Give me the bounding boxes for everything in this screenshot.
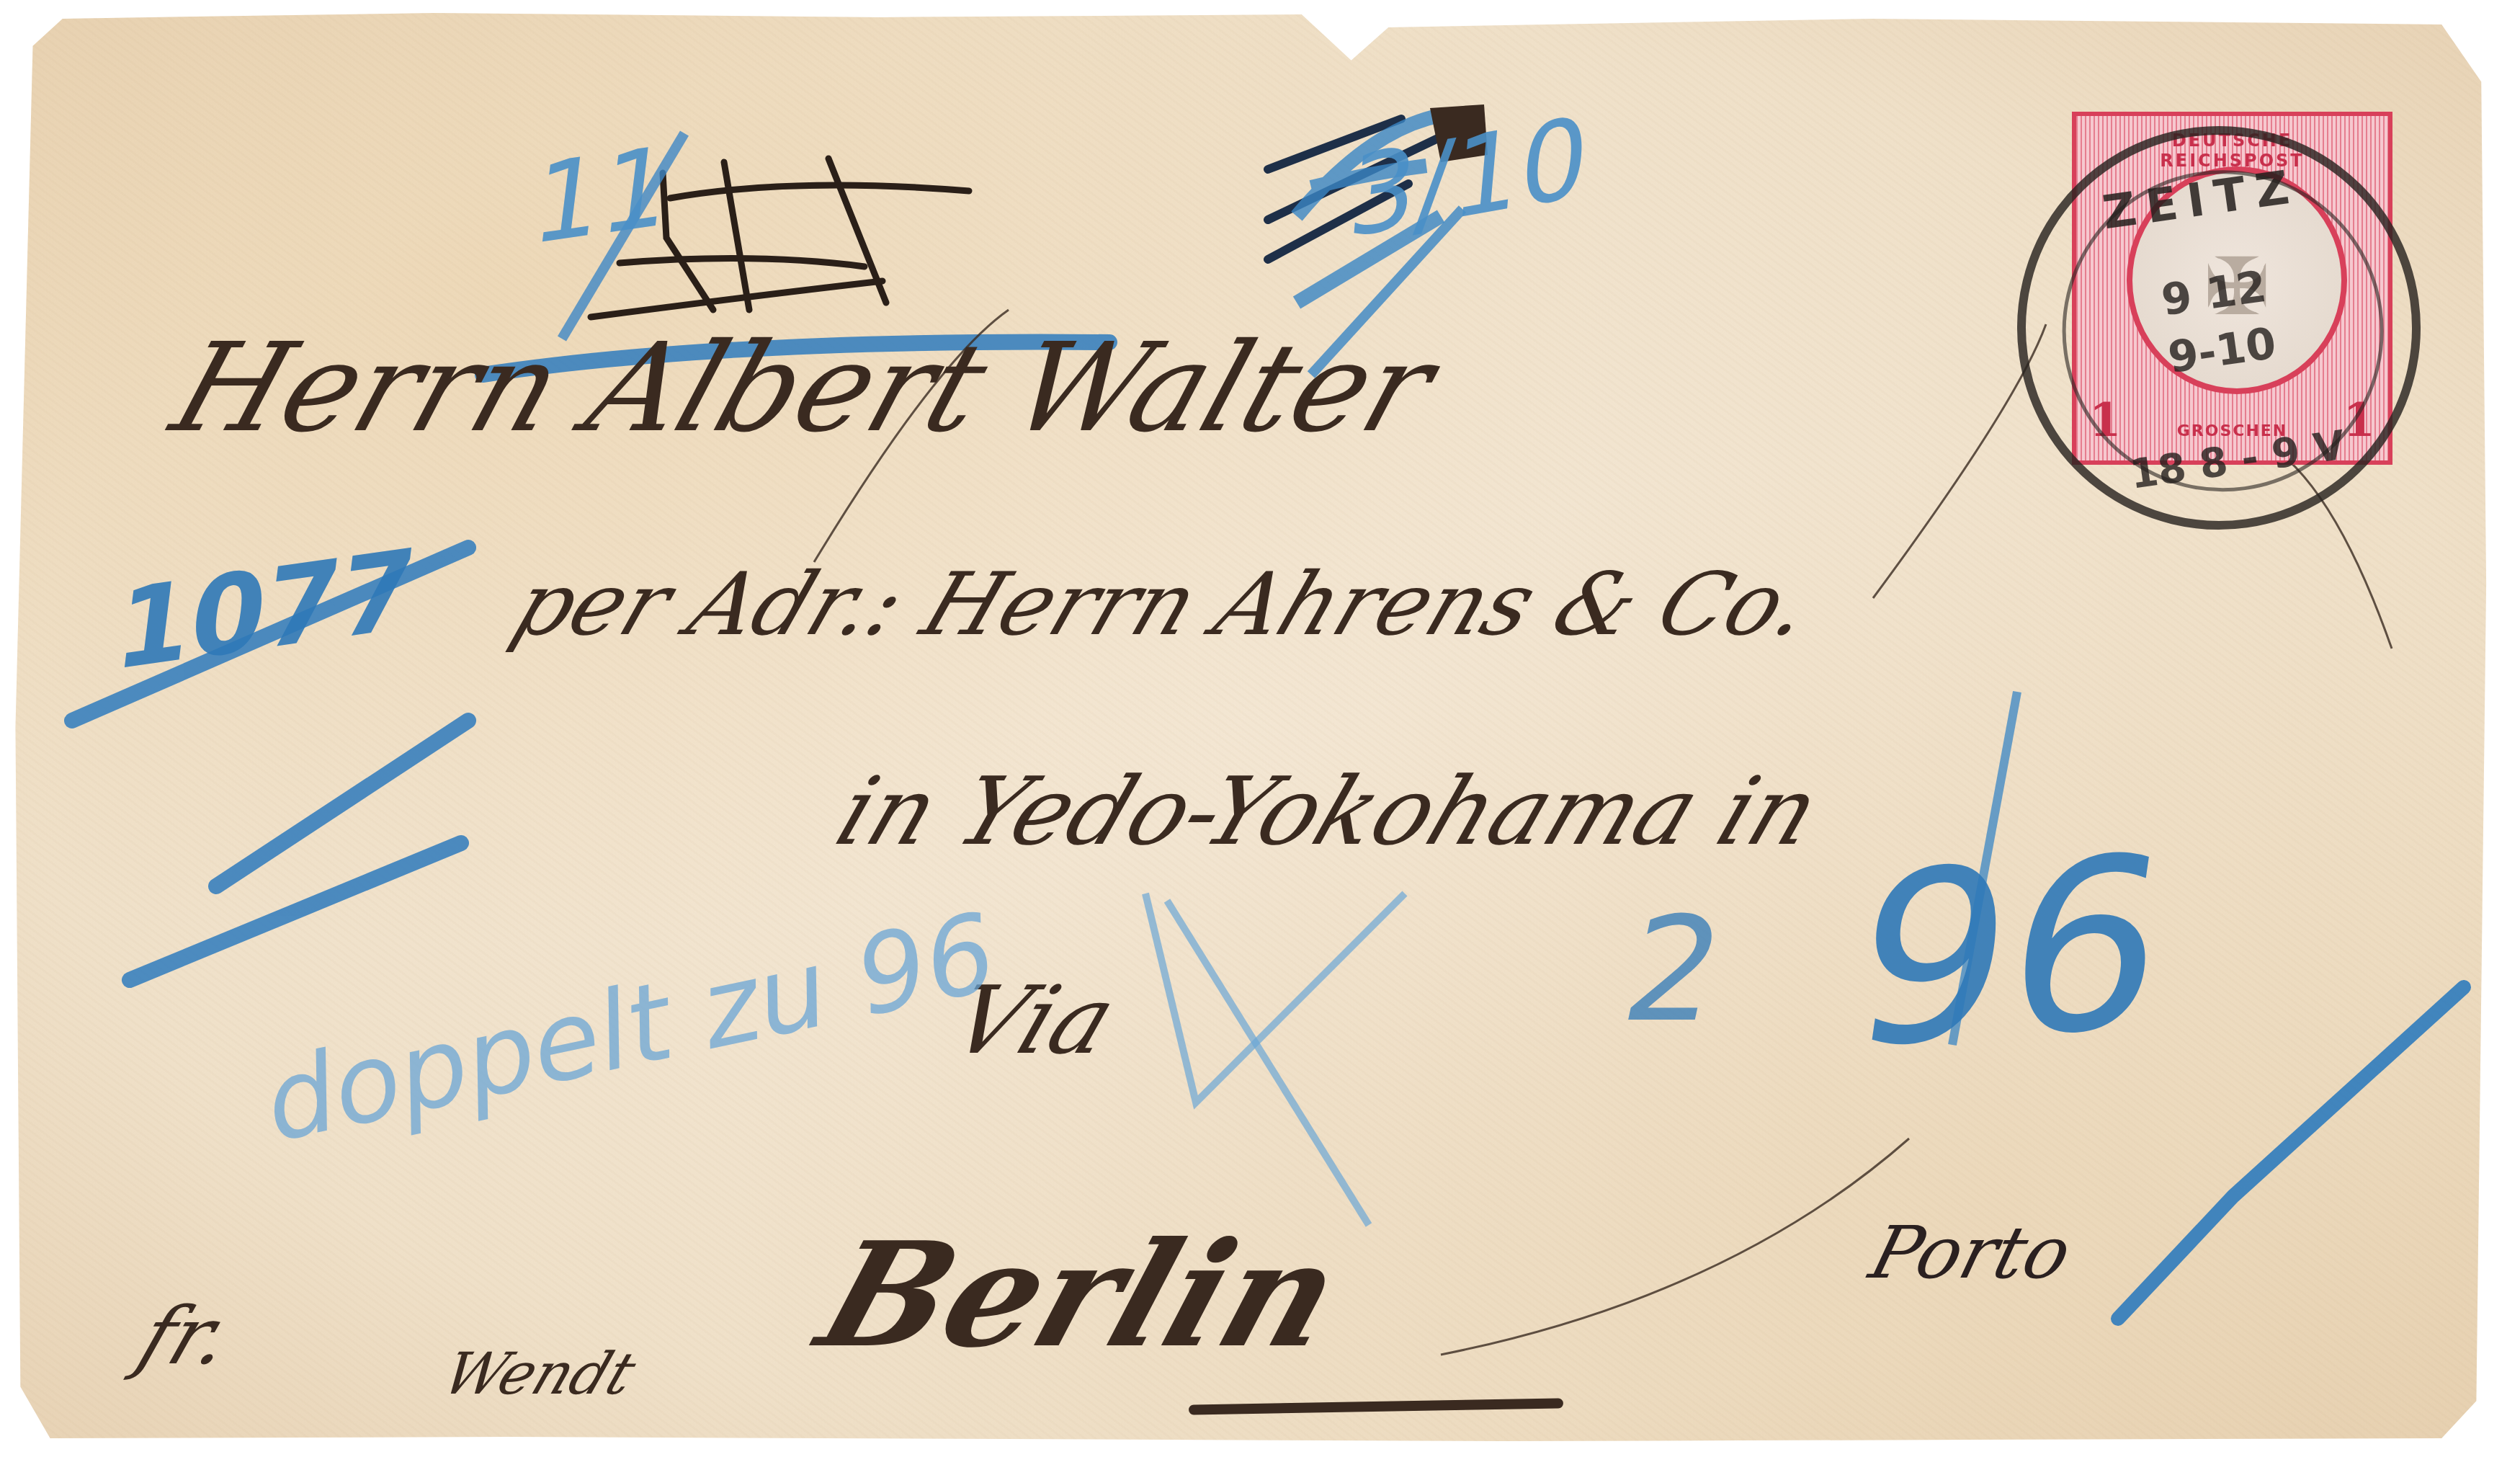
address-city: Berlin — [801, 1211, 1359, 1380]
address-line-2: per Adr.: Herrn Ahrens & Co. — [501, 555, 1826, 655]
address-line-1: Herrn Albert Walter — [157, 317, 1450, 460]
sender-signature: Wendt — [434, 1340, 645, 1407]
porto-endorsement: Porto — [1862, 1211, 2080, 1295]
blue-long-diagonal — [1167, 901, 1369, 1225]
blue-charge-marking: 96 — [1837, 804, 2183, 1101]
address-line-3: in Yedo-Yokohama in — [823, 757, 1833, 866]
envelope: DEUTSCHE REICHSPOST ✠ 1 GROSCHEN 1 ZEITZ… — [0, 0, 2520, 1457]
blue-stroke-right — [2118, 987, 2464, 1319]
blue-top-left-marking: 11 — [526, 122, 678, 269]
